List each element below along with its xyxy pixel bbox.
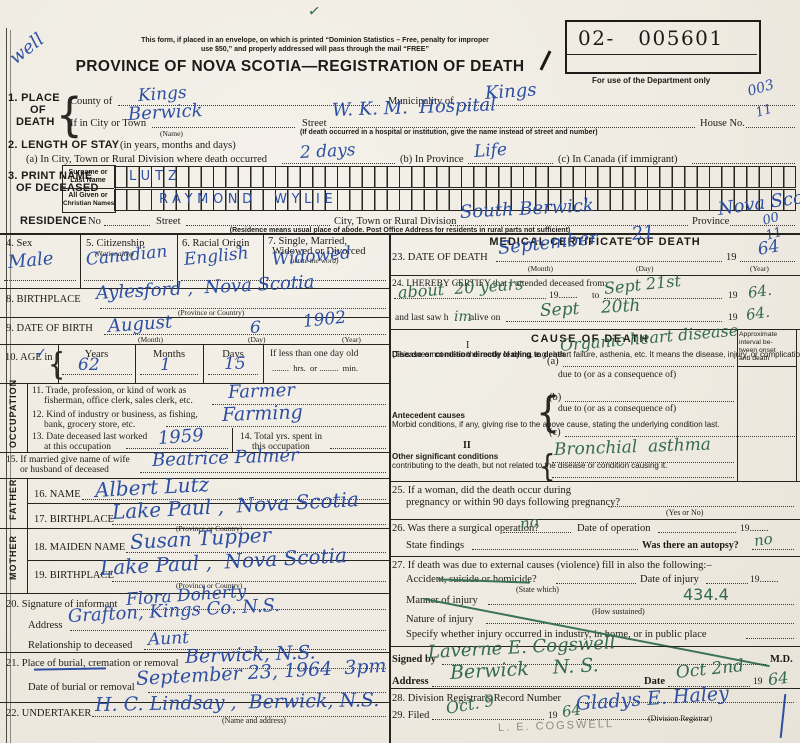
dotted-line — [152, 127, 295, 128]
month-sub: (Month) — [138, 335, 163, 344]
house-no-label: House No. — [700, 118, 745, 129]
dotted-line — [186, 225, 330, 226]
dotted-line — [208, 374, 258, 375]
residence-no-label: No — [88, 216, 101, 227]
day-sub: (Day) — [636, 264, 654, 273]
dotted-line — [608, 506, 794, 507]
given-names-label: Christian Names — [63, 200, 113, 207]
grid-line — [27, 478, 28, 593]
signed-year-value: 64 — [767, 668, 789, 689]
antecedent-definition: Antecedent causes Morbid conditions, if … — [392, 411, 542, 420]
grid-line — [0, 233, 800, 235]
relationship-value: Aunt — [147, 628, 189, 650]
s2a-label: (a) In City, Town or Rural Division wher… — [26, 154, 267, 165]
other-conditions-bold: Other significant conditions — [392, 452, 498, 461]
dotted-line — [746, 638, 794, 639]
sex-value: Male — [7, 248, 54, 273]
state-findings-label: State findings — [406, 540, 464, 551]
dotted-line — [746, 127, 795, 128]
age-months-value: 1 — [160, 355, 171, 375]
surname-label: Last Name — [63, 177, 113, 184]
pregnancy-question-label: pregnancy or within 90 days following pr… — [406, 497, 620, 508]
given-names-label: All Given or — [63, 192, 113, 199]
birth-year-value: 1902 — [302, 308, 347, 332]
month-sub: (Month) — [528, 264, 553, 273]
industry-value: Farming — [222, 401, 304, 426]
dotted-line — [394, 298, 546, 299]
dotted-line — [282, 163, 395, 164]
last-saw-label: and last saw h — [395, 313, 449, 323]
name-address-sub: (Name and address) — [222, 716, 286, 725]
father-name-label: 16. NAME — [34, 489, 81, 500]
spouse-value: Beatrice Palmer — [152, 445, 299, 471]
dotted-line — [552, 462, 734, 463]
operation-date-label: Date of operation — [577, 523, 650, 534]
informant-address-label: Address — [28, 620, 62, 631]
dotted-line — [330, 448, 386, 449]
burial-date-label: Date of burial or removal — [28, 682, 135, 693]
s2-label: 2. LENGTH OF STAY — [8, 139, 119, 151]
cause-c-label: (c) — [549, 427, 561, 438]
s2a-value: 2 days — [299, 140, 356, 163]
pen-stroke — [780, 694, 787, 738]
s2-label-paren: (in years, months and days) — [120, 140, 236, 151]
s2b-value: Life — [473, 140, 507, 162]
pen-underline — [34, 667, 106, 670]
city-town-value: Berwick — [127, 100, 203, 125]
s2b-label: (b) In Province — [400, 154, 464, 165]
dotted-line — [488, 604, 794, 605]
pencil-note: L. E. COGSWELL — [498, 718, 614, 734]
attended-to-year: 64. — [747, 281, 773, 302]
father-side-label: FATHER — [8, 488, 18, 520]
year-prefix: 19........ — [750, 575, 779, 585]
birthplace-label: 8. BIRTHPLACE — [6, 294, 81, 305]
last-worked-value: 1959 — [157, 425, 204, 449]
due-to-label: due to (or as a consequence of) — [558, 370, 676, 380]
md-label: M.D. — [770, 654, 793, 665]
birth-day-value: 6 — [250, 318, 261, 338]
surname-label: Surname or — [63, 169, 113, 176]
date-of-birth-label: 9. DATE OF BIRTH — [6, 323, 93, 334]
s1-number-label: DEATH — [16, 116, 55, 128]
serial-number: 02- 005601 — [578, 26, 724, 50]
death-year-value: 64 — [756, 236, 781, 259]
external-causes-label: 27. If death was due to external causes … — [392, 560, 712, 571]
part-two-label: II — [463, 440, 471, 451]
surname-letter-boxes — [114, 166, 796, 188]
less-than-day-label: If less than one day old — [270, 349, 358, 359]
year-prefix: 19 — [728, 291, 738, 301]
mail-notice-line1: This form, if placed in an envelope, on … — [105, 37, 525, 44]
dotted-line — [552, 477, 734, 478]
dotted-line — [692, 163, 795, 164]
injury-date-label: Date of injury — [640, 574, 699, 585]
nature-of-injury-label: Nature of injury — [406, 614, 474, 625]
dotted-line — [112, 581, 386, 582]
trade-label: 11. Trade, profession, or kind of work a… — [32, 386, 186, 396]
s2c-label: (c) In Canada (if immigrant) — [558, 154, 678, 165]
other-conditions-definition: Other significant conditions contributin… — [392, 452, 544, 461]
dotted-line — [740, 261, 795, 262]
grid-line — [80, 233, 81, 288]
dotted-line — [706, 583, 748, 584]
grid-line — [390, 688, 800, 689]
s1-number-label: 1. PLACE — [8, 92, 60, 104]
dotted-line — [730, 225, 795, 226]
injury-code-value: 434.4 — [683, 585, 729, 604]
trade-label: fisherman, office clerk, sales clerk, et… — [44, 396, 193, 406]
street-sub-label: (If death occurred in a hospital or inst… — [300, 129, 598, 136]
s1-number-label: OF — [30, 104, 46, 116]
division-registrar-sub: (Division Registrar) — [648, 714, 712, 723]
date-of-death-label: 23. DATE OF DEATH — [392, 252, 488, 263]
dotted-line — [104, 225, 150, 226]
form-title: PROVINCE OF NOVA SCOTIA—REGISTRATION OF … — [40, 58, 560, 76]
surgical-operation-value: no — [519, 512, 540, 532]
dotted-line — [4, 280, 76, 281]
cause-b-label: (b) — [549, 392, 561, 403]
dotted-line — [458, 105, 795, 106]
name-label-divider — [62, 188, 114, 189]
undertaker-value: H. C. Lindsay , Berwick, N.S. — [95, 689, 380, 716]
year-sub: (Year) — [750, 264, 769, 273]
street-label: Street — [302, 118, 327, 129]
yes-or-no-sub: (Yes or No) — [666, 508, 703, 517]
brace: { — [539, 449, 556, 485]
dotted-line — [486, 623, 794, 624]
year-prefix: 19 — [726, 252, 737, 263]
autopsy-value: no — [753, 529, 774, 549]
hrs-min-label: ........ hrs. or ......... min. — [272, 363, 358, 373]
due-to-label: due to (or as a consequence of) — [558, 404, 676, 414]
birth-month-value: August — [107, 312, 172, 337]
how-sustained-sub: (How sustained) — [592, 607, 645, 616]
age-check-mark: ✓ — [36, 346, 47, 361]
total-years-label: 14. Total yrs. spent in — [240, 432, 322, 442]
relationship-label: Relationship to deceased — [28, 640, 132, 651]
province-country-sub: (Province or Country) — [178, 308, 244, 317]
autopsy-label: Was there an autopsy? — [642, 540, 739, 551]
dotted-line — [503, 532, 571, 533]
grid-line — [737, 366, 797, 367]
state-which-sub: (State which) — [516, 585, 559, 594]
antecedent-bold: Antecedent causes — [392, 411, 465, 420]
dotted-line — [432, 719, 544, 720]
undertaker-label: 22. UNDERTAKER — [6, 708, 91, 719]
father-birthplace-label: 17. BIRTHPLACE — [34, 514, 114, 525]
grid-line — [390, 556, 800, 557]
sex-label: 4. Sex — [6, 238, 32, 249]
pregnancy-question-label: 25. If a woman, did the death occur duri… — [392, 485, 571, 496]
given-names-value: RAYMOND WYLIE — [159, 192, 337, 207]
dotted-line — [468, 163, 553, 164]
age-days-value: 15 — [224, 354, 246, 374]
margin-note: 003 — [746, 77, 776, 100]
dotted-line — [556, 583, 636, 584]
trade-value: Farmer — [228, 380, 296, 403]
industry-label: bank, grocery store, etc. — [44, 420, 135, 430]
dotted-line — [565, 401, 734, 402]
dotted-line — [658, 532, 736, 533]
dotted-line — [432, 686, 640, 687]
grid-line — [27, 383, 28, 452]
mother-side-label: MOTHER — [8, 540, 18, 580]
surname-value: LUTZ — [129, 169, 182, 184]
mail-notice-line2: use $50,” and properly addressed will pa… — [105, 46, 525, 53]
residence-label: RESIDENCE — [20, 215, 87, 227]
signed-date-label: Date — [644, 676, 665, 687]
grid-line — [0, 383, 390, 384]
grid-line — [389, 233, 391, 743]
mother-maiden-label: 18. MAIDEN NAME — [34, 542, 125, 553]
dotted-line — [563, 366, 734, 367]
serial-box-divider — [565, 54, 757, 55]
filed-label: 29. Filed — [392, 710, 429, 721]
other-conditions-value: Bronchial asthma — [554, 435, 712, 460]
year-sub: (Year) — [342, 335, 361, 344]
alive-on-label: alive on — [470, 313, 500, 323]
dotted-line — [472, 549, 638, 550]
dotted-line — [506, 321, 722, 322]
grid-line — [390, 519, 800, 520]
check-mark: ✓ — [307, 1, 322, 21]
grid-line — [263, 344, 264, 383]
year-prefix: 19 — [753, 677, 763, 687]
dept-only-note: For use of the Department only — [592, 76, 710, 85]
last-saw-value: Sept 20th — [539, 296, 640, 321]
residence-city-label: City, Town or Rural Division — [334, 216, 456, 227]
last-saw-year: 64. — [745, 303, 771, 324]
occupation-side-label: OCCUPATION — [8, 390, 18, 448]
dotted-line — [70, 630, 386, 631]
grid-line — [390, 275, 800, 276]
spouse-label: 15. If married give name of wife — [6, 455, 130, 465]
physician-address-label: Address — [392, 676, 429, 687]
signed-date-value: Oct 2nd — [675, 656, 745, 683]
name-sub-label: (Name) — [160, 129, 183, 138]
last-worked-label: at this occupation — [44, 442, 111, 452]
age-years-value: 62 — [78, 355, 100, 375]
cause-a-label: (a) — [547, 356, 559, 367]
grid-line — [390, 481, 800, 482]
residence-street-label: Street — [156, 216, 181, 227]
death-certificate-form: well ✓ This form, if placed in an envelo… — [0, 0, 800, 743]
dotted-line — [330, 127, 695, 128]
dotted-line — [496, 261, 722, 262]
industry-label: 12. Kind of industry or business, as fis… — [32, 410, 198, 420]
birthplace-value: Aylesford , Nova Scotia — [95, 272, 315, 304]
last-worked-label: 13. Date deceased last worked — [32, 432, 147, 442]
county-label: County of — [70, 96, 112, 107]
street-value: W. K. M. Hospital — [332, 94, 497, 121]
spouse-label: or husband of deceased — [20, 465, 109, 475]
